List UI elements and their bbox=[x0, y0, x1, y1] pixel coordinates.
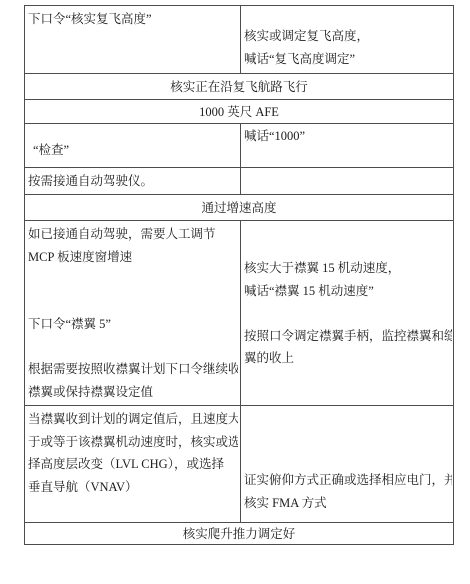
procedure-table: 下口令“核实复飞高度” 核实或调定复飞高度， 喊话“复飞高度调定” 核实正在沿复… bbox=[24, 5, 454, 545]
cell-text-line: 当襟翼收到计划的调定值后，且速度大 bbox=[28, 408, 238, 431]
table-cell-left: 下口令“核实复飞高度” bbox=[25, 6, 240, 73]
table-cell-merged: 通过增速高度 bbox=[25, 195, 453, 220]
table-cell-left: “检查” bbox=[25, 124, 240, 167]
table-row: 下口令“核实复飞高度” 核实或调定复飞高度， 喊话“复飞高度调定” bbox=[25, 6, 453, 73]
cell-text-line: 按需接通自动驾驶仪。 bbox=[28, 170, 238, 193]
cell-text-line: 核实大于襟翼 15 机动速度， bbox=[244, 257, 452, 280]
cell-text-line bbox=[28, 291, 238, 314]
cell-text-line: 翼的收上 bbox=[244, 347, 452, 370]
table-cell-merged: 核实爬升推力调定好 bbox=[25, 523, 453, 544]
cell-text-line: 按照口令调定襟翼手柄，监控襟翼和缝 bbox=[244, 325, 452, 348]
cell-text-line bbox=[28, 268, 238, 291]
cell-text-line: “检查” bbox=[33, 139, 238, 162]
table-row: 通过增速高度 bbox=[25, 194, 453, 220]
table-cell-left: 按需接通自动驾驶仪。 bbox=[25, 168, 240, 194]
cell-text-line: 根据需要按照收襟翼计划下口令继续收 bbox=[28, 358, 238, 381]
table-row: 按需接通自动驾驶仪。 bbox=[25, 167, 453, 194]
table-row: 核实爬升推力调定好 bbox=[25, 522, 453, 544]
cell-text-line: 下口令“襟翼 5” bbox=[28, 313, 238, 336]
table-cell-right: 核实或调定复飞高度， 喊话“复飞高度调定” bbox=[240, 6, 453, 73]
cell-text-line: 喊话“复飞高度调定” bbox=[244, 48, 452, 71]
cell-text-line bbox=[244, 168, 452, 191]
cell-text-line: 择高度层改变（LVL CHG），或选择 bbox=[28, 453, 238, 476]
cell-text-line: 证实俯仰方式正确或选择相应电门，并 bbox=[244, 469, 452, 492]
table-cell-right: 喊话“1000” bbox=[240, 124, 453, 167]
cell-text-line: 下口令“核实复飞高度” bbox=[28, 8, 238, 31]
table-cell-left: 如已接通自动驾驶，需要人工调节 MCP 板速度窗增速 下口令“襟翼 5” 根据需… bbox=[25, 221, 240, 405]
document-page: 下口令“核实复飞高度” 核实或调定复飞高度， 喊话“复飞高度调定” 核实正在沿复… bbox=[0, 0, 470, 584]
table-row: 1000 英尺 AFE bbox=[25, 99, 453, 123]
table-row: “检查” 喊话“1000” bbox=[25, 123, 453, 167]
cell-text-line: 核实或调定复飞高度， bbox=[244, 25, 452, 48]
cell-text-line: 喊话“襟翼 15 机动速度” bbox=[244, 280, 452, 303]
cell-text-line: MCP 板速度窗增速 bbox=[28, 246, 238, 269]
table-cell-left: 当襟翼收到计划的调定值后，且速度大 于或等于该襟翼机动速度时，核实或选 择高度层… bbox=[25, 406, 240, 522]
cell-text-line: 于或等于该襟翼机动速度时，核实或选 bbox=[28, 431, 238, 454]
cell-text-line bbox=[244, 302, 452, 325]
table-cell-merged: 核实正在沿复飞航路飞行 bbox=[25, 74, 453, 99]
cell-text-line bbox=[28, 336, 238, 359]
cell-text-line: 如已接通自动驾驶，需要人工调节 bbox=[28, 223, 238, 246]
table-cell-right: 证实俯仰方式正确或选择相应电门，并 核实 FMA 方式 bbox=[240, 406, 453, 522]
cell-text-line: 垂直导航（VNAV） bbox=[28, 476, 238, 499]
table-row: 如已接通自动驾驶，需要人工调节 MCP 板速度窗增速 下口令“襟翼 5” 根据需… bbox=[25, 220, 453, 405]
cell-text-line: 核实 FMA 方式 bbox=[244, 492, 452, 515]
table-cell-right: 核实大于襟翼 15 机动速度， 喊话“襟翼 15 机动速度” 按照口令调定襟翼手… bbox=[240, 221, 453, 405]
cell-text-line: 襟翼或保持襟翼设定值 bbox=[28, 381, 238, 404]
table-cell-merged: 1000 英尺 AFE bbox=[25, 100, 453, 123]
table-cell-right bbox=[240, 168, 453, 194]
table-row: 当襟翼收到计划的调定值后，且速度大 于或等于该襟翼机动速度时，核实或选 择高度层… bbox=[25, 405, 453, 522]
table-row: 核实正在沿复飞航路飞行 bbox=[25, 73, 453, 99]
cell-text-line: 喊话“1000” bbox=[244, 125, 452, 148]
